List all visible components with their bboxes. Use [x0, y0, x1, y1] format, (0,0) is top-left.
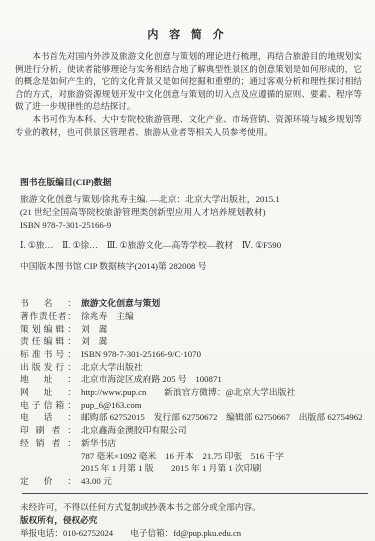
- cip-description-line: 旅游文化创意与策划/徐兆寿主编. —北京：北京大学出版社，2015.1: [20, 193, 359, 206]
- info-label: 印刷者：: [20, 424, 76, 437]
- book-info-row-isbn: 标准书号： ISBN 978-7-301-25166-9/C·1070: [20, 348, 365, 361]
- book-info-row-email: 电子信箱： pup_6@163.com: [20, 399, 365, 412]
- book-info-row-address: 地址： 北京市海淀区成府路 205 号 100871: [20, 373, 365, 386]
- copyright-page: 内 容 简 介 本书首先对国内外涉及旅游文化创意与策划的理论进行梳理，再结合旅游…: [0, 0, 375, 541]
- info-label: 经销者：: [20, 437, 76, 450]
- book-info-row-title: 书名： 旅游文化创意与策划: [20, 297, 365, 310]
- book-info-row-format: 787 毫米×1092 毫米 16 开本 21.75 印张 516 千字: [20, 450, 365, 463]
- info-label: 电话：: [20, 411, 76, 424]
- book-info-row-responsible-editor: 责任编辑： 刘 翯: [20, 335, 365, 348]
- cip-classification: Ⅰ. ①旅… Ⅱ. ①徐… Ⅲ. ①旅游文化—高等学校—教材 Ⅳ. ①F590: [20, 239, 359, 252]
- info-label: 著作责任者：: [20, 310, 76, 323]
- cip-series-line: (21 世纪全国高等院校旅游管理类创新型应用人才培养规划教材): [20, 206, 359, 219]
- book-info-row-price: 定价： 43.00 元: [20, 475, 365, 488]
- info-value: 旅游文化创意与策划: [81, 297, 365, 310]
- info-label: 定价：: [20, 475, 76, 488]
- book-info-row-author: 著作责任者： 徐兆寿 主编: [20, 310, 365, 323]
- info-value: 刘 翯: [81, 335, 365, 348]
- book-info-row-distributor: 经销者： 新华书店: [20, 437, 365, 450]
- book-info-row-printer: 印刷者： 北京鑫海金澳胶印有限公司: [20, 424, 365, 437]
- divider-line: [22, 493, 368, 494]
- info-label: 出版发行：: [20, 361, 76, 374]
- info-label: [20, 462, 76, 475]
- info-value: 徐兆寿 主编: [81, 310, 365, 323]
- book-info-section: 书名： 旅游文化创意与策划 著作责任者： 徐兆寿 主编 策划编辑： 刘 翯 责任…: [20, 297, 365, 488]
- copyright-rights: 版权所有，侵权必究: [20, 514, 361, 527]
- info-value: ISBN 978-7-301-25166-9/C·1070: [81, 348, 365, 361]
- info-value: http://www.pup.cn 新浪官方微博：@北京大学出版社: [81, 386, 365, 399]
- book-info-row-website: 网址： http://www.pup.cn 新浪官方微博：@北京大学出版社: [20, 386, 365, 399]
- cip-isbn: ISBN 978-7-301-25166-9: [20, 219, 359, 232]
- info-label: 电子信箱：: [20, 399, 76, 412]
- book-info-row-publisher: 出版发行： 北京大学出版社: [20, 361, 365, 374]
- cip-record-number: 中国版本图书馆 CIP 数据核字(2014)第 282008 号: [20, 260, 359, 273]
- info-label: 策划编辑：: [20, 323, 76, 336]
- content-summary-body: 本书首先对国内外涉及旅游文化创意与策划的理论进行梳理，再结合旅游目的地规划实例进…: [15, 50, 362, 138]
- info-value: pup_6@163.com: [81, 399, 365, 412]
- info-value: 新华书店: [81, 437, 365, 450]
- info-label: 标准书号：: [20, 348, 76, 361]
- book-info-row-planning-editor: 策划编辑： 刘 翯: [20, 323, 365, 336]
- info-value: 北京鑫海金澳胶印有限公司: [81, 424, 365, 437]
- content-summary-paragraph-1: 本书首先对国内外涉及旅游文化创意与策划的理论进行梳理，再结合旅游目的地规划实例进…: [15, 50, 362, 113]
- info-value: 43.00 元: [81, 475, 365, 488]
- content-summary-title: 内 容 简 介: [0, 26, 375, 42]
- cip-section: 图书在版编目(CIP)数据 旅游文化创意与策划/徐兆寿主编. —北京：北京大学出…: [20, 176, 359, 273]
- info-value: 刘 翯: [81, 323, 365, 336]
- book-info-row-telephone: 电话： 邮购部 62752015 发行部 62750672 编辑部 627506…: [20, 411, 365, 424]
- content-summary-paragraph-2: 本书可作为本科、大中专院校旅游管理、文化产业、市场营销、资源环境与城乡规划等专业…: [15, 113, 362, 138]
- info-value: 2015 年 1 月第 1 版 2015 年 1 月第 1 次印刷: [81, 462, 365, 475]
- info-value: 北京大学出版社: [81, 361, 365, 374]
- info-value: 787 毫米×1092 毫米 16 开本 21.75 印张 516 千字: [81, 450, 365, 463]
- report-contact: 举报电话：010-62752024 电子信箱：fd@pup.pku.edu.cn: [20, 527, 361, 540]
- info-label: 书名：: [20, 297, 76, 310]
- cip-title: 图书在版编目(CIP)数据: [20, 176, 359, 189]
- info-value: 邮购部 62752015 发行部 62750672 编辑部 62750667 出…: [81, 411, 365, 424]
- info-value: 北京市海淀区成府路 205 号 100871: [81, 373, 365, 386]
- info-label: 网址：: [20, 386, 76, 399]
- info-label: 责任编辑：: [20, 335, 76, 348]
- copyright-footer: 未经许可，不得以任何方式复制或抄袭本书之部分或全部内容。 版权所有，侵权必究 举…: [20, 501, 361, 540]
- info-label: [20, 450, 76, 463]
- info-label: 地址：: [20, 373, 76, 386]
- book-info-row-edition: 2015 年 1 月第 1 版 2015 年 1 月第 1 次印刷: [20, 462, 365, 475]
- copyright-notice: 未经许可，不得以任何方式复制或抄袭本书之部分或全部内容。: [20, 501, 361, 514]
- content-summary-section: 内 容 简 介 本书首先对国内外涉及旅游文化创意与策划的理论进行梳理，再结合旅游…: [0, 0, 375, 138]
